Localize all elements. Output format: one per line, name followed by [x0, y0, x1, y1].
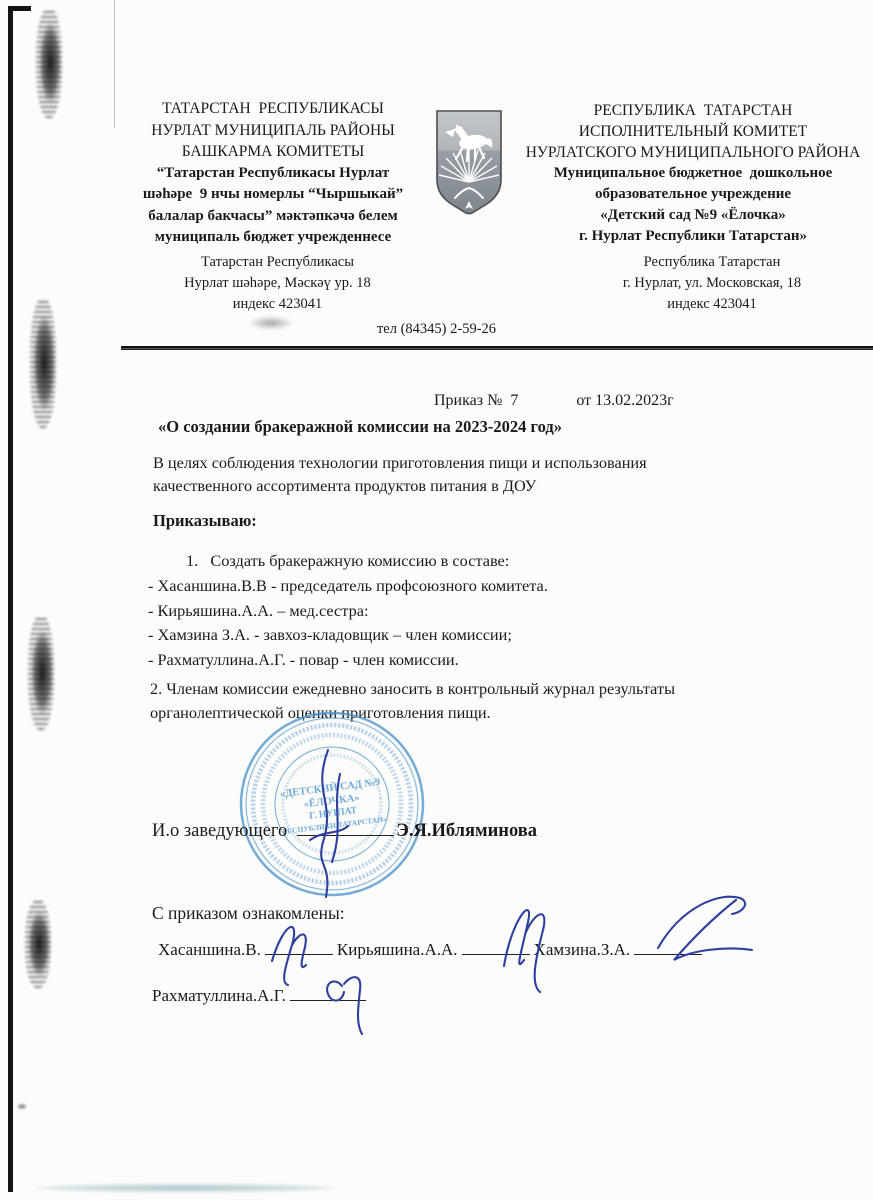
org-right-line: ИСПОЛНИТЕЛЬНЫЙ КОМИТЕТ — [518, 121, 868, 142]
scan-dot-mark — [18, 1104, 26, 1109]
org-left-line: БАШКАРМА КОМИТЕТЫ — [108, 141, 438, 163]
ack-name: Кирьяшина.А.А. — [337, 940, 458, 959]
address-right-line: Республика Татарстан — [562, 252, 862, 273]
org-right-bold-line: г. Нурлат Республики Татарстан» — [518, 226, 868, 247]
org-right-bold-line: образовательное учреждение — [518, 184, 868, 205]
order-number: Приказ № 7 — [434, 392, 518, 409]
phone-number: тел (84345) 2-59-26 — [0, 321, 873, 338]
address-right: Республика Татарстан г. Нурлат, ул. Моск… — [562, 252, 862, 315]
org-left-bold-line: балалар бакчасы” мәктәпкәчә белем — [108, 206, 438, 228]
address-left: Татарстан Республикасы Нурлат шәһәре, Мә… — [130, 252, 425, 315]
ack-name: Рахматуллина.А.Г. — [152, 986, 286, 1005]
pen-signature-khamzina — [646, 888, 758, 968]
member-line: - Хасаншина.В.В - председатель профсоюзн… — [148, 574, 748, 599]
scanned-order-document: ТАТАРСТАН РЕСПУБЛИКАСЫ НУРЛАТ МУНИЦИПАЛЬ… — [0, 0, 873, 1200]
acknowledgement-row-1: Хасаншина.В.Кирьяшина.А.А.Хамзина.З.А. — [158, 940, 706, 960]
signer-name: Э.Я.Ибляминова — [396, 821, 537, 841]
order-item2: 2. Членам комиссии ежедневно заносить в … — [150, 677, 742, 724]
scan-teal-streak — [35, 1184, 335, 1192]
org-left-bold-line: “Татарстан Республикасы Нурлат — [108, 163, 438, 185]
scan-edge-corner — [8, 6, 31, 11]
commission-members-list: - Хасаншина.В.В - председатель профсоюзн… — [148, 574, 748, 672]
member-line: - Хамзина З.А. - завхоз-кладовщик – член… — [148, 623, 748, 648]
org-left-bold-line: шәһәре 9 нчы номерлы “Чыршыкай” — [108, 184, 438, 206]
org-left-bold-line: муниципаль бюджет учрежденнесе — [108, 227, 438, 249]
scan-smudge — [28, 615, 54, 730]
nurlat-coat-of-arms-icon — [430, 106, 508, 224]
scan-smudge — [25, 900, 51, 988]
director-pen-signature — [282, 742, 377, 907]
org-right-bold-line: Муниципальное бюджетное дошкольное — [518, 163, 868, 184]
ack-name: Хасаншина.В. — [158, 940, 261, 959]
order-title: «О создании бракеражной комиссии на 2023… — [158, 417, 562, 437]
order-directive: Приказываю: — [153, 511, 257, 531]
org-right-line: НУРЛАТСКОГО МУНИЦИПАЛЬНОГО РАЙОНА — [518, 142, 868, 163]
address-left-line: Татарстан Республикасы — [130, 252, 425, 273]
address-left-line: Нурлат шәһәре, Мәскәү ур. 18 — [130, 273, 425, 294]
letterhead-right: РЕСПУБЛИКА ТАТАРСТАН ИСПОЛНИТЕЛЬНЫЙ КОМИ… — [518, 100, 868, 247]
org-left-line: ТАТАРСТАН РЕСПУБЛИКАСЫ — [108, 98, 438, 120]
order-item1-heading: 1. Создать бракеражную комиссию в состав… — [186, 551, 509, 571]
address-right-line: г. Нурлат, ул. Московская, 18 — [562, 273, 862, 294]
scan-smudge — [30, 298, 56, 428]
order-date: от 13.02.2023г — [576, 392, 673, 409]
pen-signature-rakhmatullina — [316, 962, 388, 1038]
address-right-line: индекс 423041 — [562, 294, 862, 315]
pen-signature-kiryashina — [476, 888, 568, 1000]
letterhead-left: ТАТАРСТАН РЕСПУБЛИКАСЫ НУРЛАТ МУНИЦИПАЛЬ… — [108, 98, 438, 249]
member-line: - Кирьяшина.А.А. – мед.сестра: — [148, 599, 748, 624]
org-right-bold-line: «Детский сад №9 «Ёлочка» — [518, 205, 868, 226]
header-divider-rule — [121, 346, 873, 350]
org-left-line: НУРЛАТ МУНИЦИПАЛЬ РАЙОНЫ — [108, 120, 438, 142]
org-right-line: РЕСПУБЛИКА ТАТАРСТАН — [518, 100, 868, 121]
order-preamble: В целях соблюдения технологии приготовле… — [153, 451, 725, 497]
scan-smudge — [36, 8, 62, 118]
member-line: - Рахматуллина.А.Г. - повар - член комис… — [148, 648, 748, 673]
address-left-line: индекс 423041 — [130, 294, 425, 315]
signer-position: И.о заведующего — [152, 821, 287, 841]
scan-edge-line — [8, 6, 13, 1192]
